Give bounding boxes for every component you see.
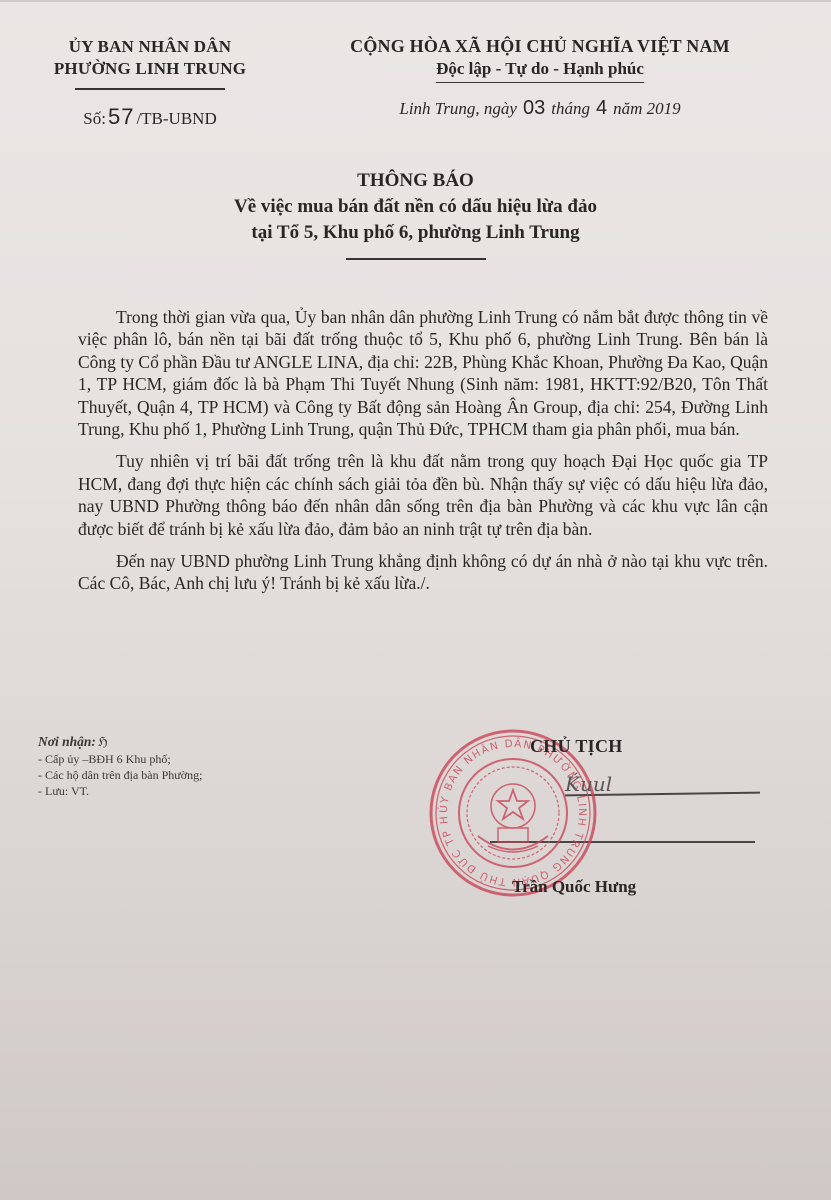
recipients-heading: Nơi nhận: [38,734,96,749]
signature-block: ỦY BAN NHÂN DÂN PHƯỜNG LINH TRUNG QUẬN T… [420,720,800,910]
signatory-title: CHỦ TỊCH [530,736,623,757]
recipients-block: Nơi nhận:ℌ - Cấp ủy –BĐH 6 Khu phố; - Cá… [38,734,358,799]
document-number-prefix: Số: [83,109,106,128]
notice-heading: THÔNG BÁO [0,168,831,194]
agency-underline [75,88,225,90]
handwritten-signature: Ḱuul [565,772,612,796]
recipient-item: - Các hộ dân trên địa bàn Phường; [38,767,358,783]
body-paragraph: Đến nay UBND phường Linh Trung khẳng địn… [78,550,768,595]
document-number-value: 57 [108,104,134,129]
notice-title-block: THÔNG BÁO Về việc mua bán đất nền có dấu… [0,168,831,260]
date-month: 4 [596,97,607,119]
national-title: CỘNG HÒA XÃ HỘI CHỦ NGHĨA VIỆT NAM [290,34,790,58]
notice-subject-line1: Về việc mua bán đất nền có dấu hiệu lừa … [0,194,831,220]
handwritten-initial: ℌ [98,735,108,750]
date-place-prefix: Linh Trung, ngày [399,99,517,118]
notice-subject-line2: tại Tổ 5, Khu phố 6, phường Linh Trung [0,220,831,246]
date-year: năm 2019 [613,99,681,118]
title-underline [346,258,486,260]
national-header: CỘNG HÒA XÃ HỘI CHỦ NGHĨA VIỆT NAM Độc l… [290,34,790,120]
recipient-item: - Cấp ủy –BĐH 6 Khu phố; [38,751,358,767]
national-motto: Độc lập - Tự do - Hạnh phúc [436,58,644,83]
date-month-label: tháng [551,99,590,118]
date-day: 03 [523,97,545,119]
agency-name-line2: PHƯỜNG LINH TRUNG [20,58,280,80]
agency-name-line1: ỦY BAN NHÂN DÂN [20,36,280,58]
issue-date: Linh Trung, ngày03tháng4năm 2019 [290,97,790,120]
document-number: Số:57/TB-UBND [20,104,280,130]
issuing-agency-header: ỦY BAN NHÂN DÂN PHƯỜNG LINH TRUNG Số:57/… [20,36,280,130]
signatory-name: Trần Quốc Hưng [512,877,636,897]
document-number-suffix: /TB-UBND [136,109,216,128]
body-paragraph: Tuy nhiên vị trí bãi đất trống trên là k… [78,450,768,540]
official-notice-document: ỦY BAN NHÂN DÂN PHƯỜNG LINH TRUNG Số:57/… [0,0,831,1200]
body-paragraph: Trong thời gian vừa qua, Ủy ban nhân dân… [78,306,768,440]
recipient-item: - Lưu: VT. [38,783,358,799]
notice-body: Trong thời gian vừa qua, Ủy ban nhân dân… [78,306,768,605]
